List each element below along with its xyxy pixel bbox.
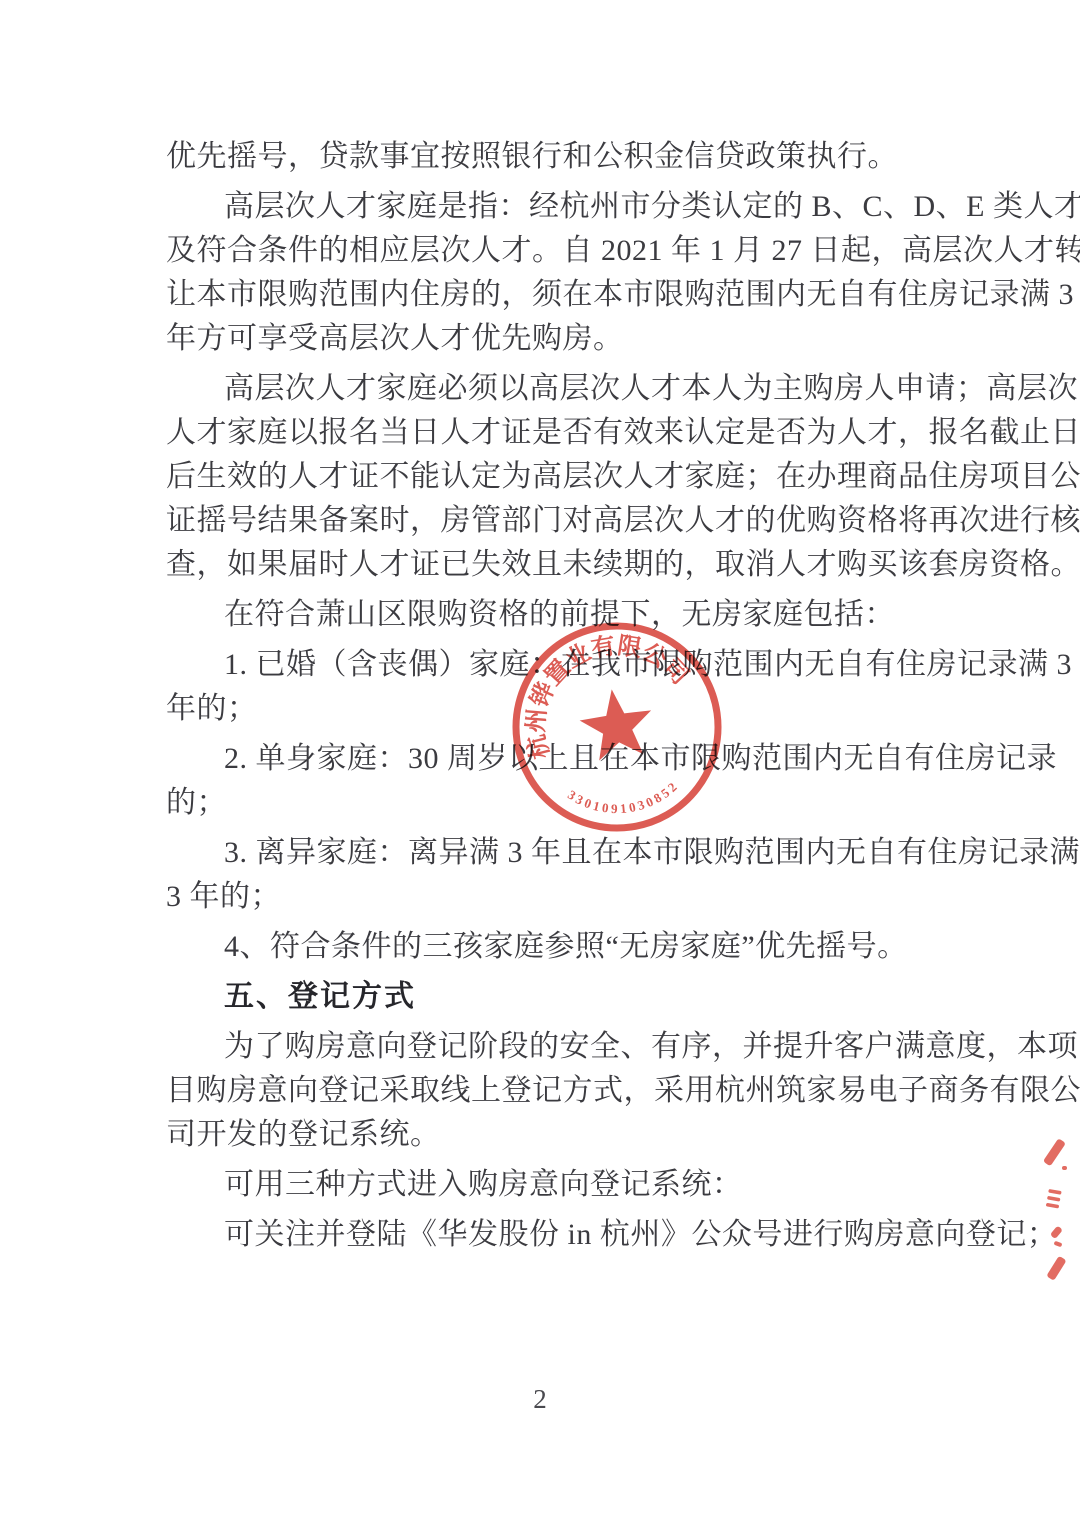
text-line: 年方可享受高层次人才优先购房。 [166,317,934,361]
text-line: 及符合条件的相应层次人才。自 2021 年 1 月 27 日起，高层次人才转 [166,229,934,273]
section-heading: 五、登记方式 [166,975,934,1019]
document-page: 优先摇号，贷款事宜按照银行和公积金信贷政策执行。 高层次人才家庭是指：经杭州市分… [0,0,1080,1529]
stamp-bleed-bars [1046,1189,1062,1209]
stamp-bleed-marks [1040,1130,1080,1295]
text-line: 司开发的登记系统。 [166,1113,934,1157]
stamp-bleed-stroke [1043,1138,1066,1166]
list-item-line: 4、符合条件的三孩家庭参照“无房家庭”优先摇号。 [166,925,934,969]
text-line: 可用三种方式进入购房意向登记系统： [166,1163,934,1207]
text-line: 高层次人才家庭必须以高层次人才本人为主购房人申请；高层次 [166,367,934,411]
text-line: 查，如果届时人才证已失效且未续期的，取消人才购买该套房资格。 [166,543,934,587]
stamp-bleed-dot [1062,1166,1067,1170]
text-line: 可关注并登陆《华发股份 in 杭州》公众号进行购房意向登记； [166,1213,934,1257]
stamp-bleed-stroke [1046,1256,1066,1281]
text-line: 优先摇号，贷款事宜按照银行和公积金信贷政策执行。 [166,135,934,179]
text-line: 为了购房意向登记阶段的安全、有序，并提升客户满意度，本项 [166,1025,934,1069]
text-line: 证摇号结果备案时，房管部门对高层次人才的优购资格将再次进行核 [166,499,934,543]
text-line: 3 年的； [166,875,934,919]
text-line: 让本市限购范围内住房的，须在本市限购范围内无自有住房记录满 3 [166,273,934,317]
company-seal: 杭州铧置业有限公司 3301091030852 [487,597,747,857]
text-line: 后生效的人才证不能认定为高层次人才家庭；在办理商品住房项目公 [166,455,934,499]
text-line: 人才家庭以报名当日人才证是否有效来认定是否为人才，报名截止日 [166,411,934,455]
text-line: 目购房意向登记采取线上登记方式，采用杭州筑家易电子商务有限公 [166,1069,934,1113]
stamp-bleed-mark [1050,1225,1063,1239]
text-line: 高层次人才家庭是指：经杭州市分类认定的 B、C、D、E 类人才 [166,185,934,229]
page-number: 2 [0,1384,1080,1415]
seal-star-icon [576,684,657,762]
stamp-bleed-mark [1054,1241,1063,1247]
